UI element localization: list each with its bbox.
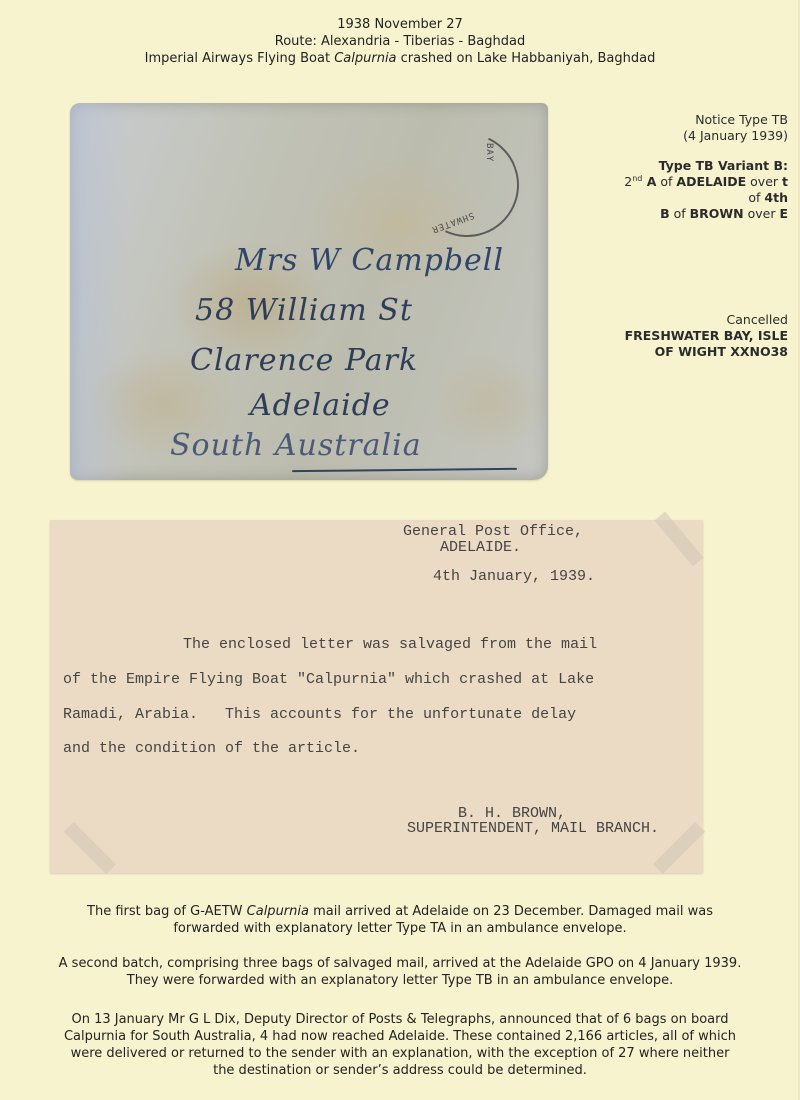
variant-line-3: B of BROWN over E [624, 206, 788, 222]
letter-signature-title: SUPERINTENDENT, MAIL BRANCH. [407, 820, 659, 837]
header-route: Route: Alexandria - Tiberias - Baghdad [0, 33, 800, 50]
damaged-envelope-image: BAY SHWATER Mrs W Campbell 58 William St… [70, 103, 548, 480]
letter-body-line: and the condition of the article. [63, 740, 360, 757]
paragraph-second-batch: A second batch, comprising three bags of… [0, 955, 800, 989]
mount-corner [64, 822, 116, 874]
paragraph-dix-announcement: On 13 January Mr G L Dix, Deputy Directo… [0, 1011, 800, 1079]
letter-body-line: Ramadi, Arabia. This accounts for the un… [63, 706, 576, 723]
postmark-icon [400, 118, 533, 251]
paragraph-first-bag: The first bag of G-AETW Calpurnia mail a… [0, 903, 800, 937]
letter-body-line: of the Empire Flying Boat "Calpurnia" wh… [63, 671, 594, 688]
notice-type-note: Notice Type TB (4 January 1939) Type TB … [624, 112, 788, 222]
address-line-2: 58 William St [195, 293, 413, 328]
postmark-text-top: BAY [484, 143, 494, 162]
letter-sender: General Post Office, [403, 523, 583, 540]
cancellation-note: Cancelled FRESHWATER BAY, ISLE OF WIGHT … [625, 312, 788, 360]
aircraft-name: Calpurnia [334, 51, 396, 66]
mount-corner [654, 512, 703, 567]
envelope-fold [70, 103, 130, 480]
variant-title: Type TB Variant B: [624, 158, 788, 174]
letter-sender-city: ADELAIDE. [440, 539, 521, 556]
address-line-5: South Australia [170, 428, 422, 463]
letter-date: 4th January, 1939. [433, 568, 595, 585]
address-line-3: Clarence Park [190, 343, 418, 378]
variant-line-2: of 4th [624, 190, 788, 206]
address-line-4: Adelaide [250, 388, 391, 423]
explanatory-letter: General Post Office, ADELAIDE. 4th Janua… [50, 520, 703, 873]
header-date: 1938 November 27 [0, 16, 800, 33]
mount-corner [653, 822, 705, 874]
address-line-1: Mrs W Campbell [235, 243, 504, 278]
header-description: Imperial Airways Flying Boat Calpurnia c… [0, 50, 800, 67]
page-header: 1938 November 27 Route: Alexandria - Tib… [0, 16, 800, 67]
letter-body-line: The enclosed letter was salvaged from th… [183, 636, 597, 653]
variant-line-1: 2nd A of ADELAIDE over t [624, 174, 788, 190]
address-underline [292, 468, 517, 472]
